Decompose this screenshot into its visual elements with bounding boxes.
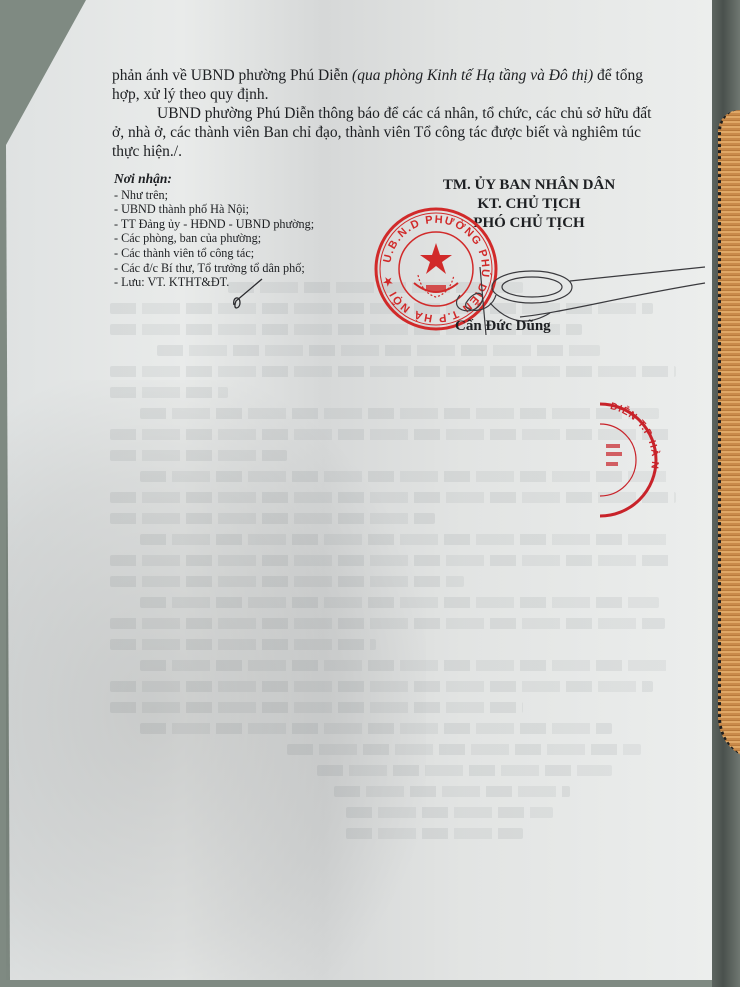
recipient-item: - TT Đảng ủy - HĐND - UBND phường; [114, 217, 314, 232]
recipient-item: - Các phòng, ban của phường; [114, 231, 314, 246]
recipients-list: Nơi nhận: - Như trên; - UBND thành phố H… [114, 172, 314, 290]
recipient-item: - Như trên; [114, 188, 314, 203]
wicker-basket-edge [718, 110, 740, 760]
signer-name: Cấn Đức Dũng [455, 318, 551, 335]
paragraph-italic-note: (qua phòng Kinh tế Hạ tầng và Đô thị) [352, 67, 593, 84]
handwritten-signature [420, 255, 710, 355]
recipients-title: Nơi nhận: [114, 172, 314, 187]
partial-seal-icon: DIỄN T.P HÀ N [600, 400, 670, 520]
recipient-item: - UBND thành phố Hà Nội; [114, 202, 314, 217]
paragraph-notice: UBND phường Phú Diễn thông báo để các cá… [112, 104, 667, 161]
paragraph-text: phản ánh về UBND phường Phú Diễn [112, 67, 352, 84]
recipient-item: - Các thành viên tổ công tác; [114, 246, 314, 261]
paragraph-report: phản ánh về UBND phường Phú Diễn (qua ph… [112, 66, 667, 104]
signature-authority: TM. ỦY BAN NHÂN DÂN [404, 176, 654, 195]
initials-mark-icon [228, 275, 268, 315]
reverse-side-bleed-through [110, 282, 700, 849]
recipient-item: - Lưu: VT. KTHT&ĐT. [114, 275, 314, 290]
recipient-item: - Các đ/c Bí thư, Tổ trưởng tổ dân phố; [114, 261, 314, 276]
